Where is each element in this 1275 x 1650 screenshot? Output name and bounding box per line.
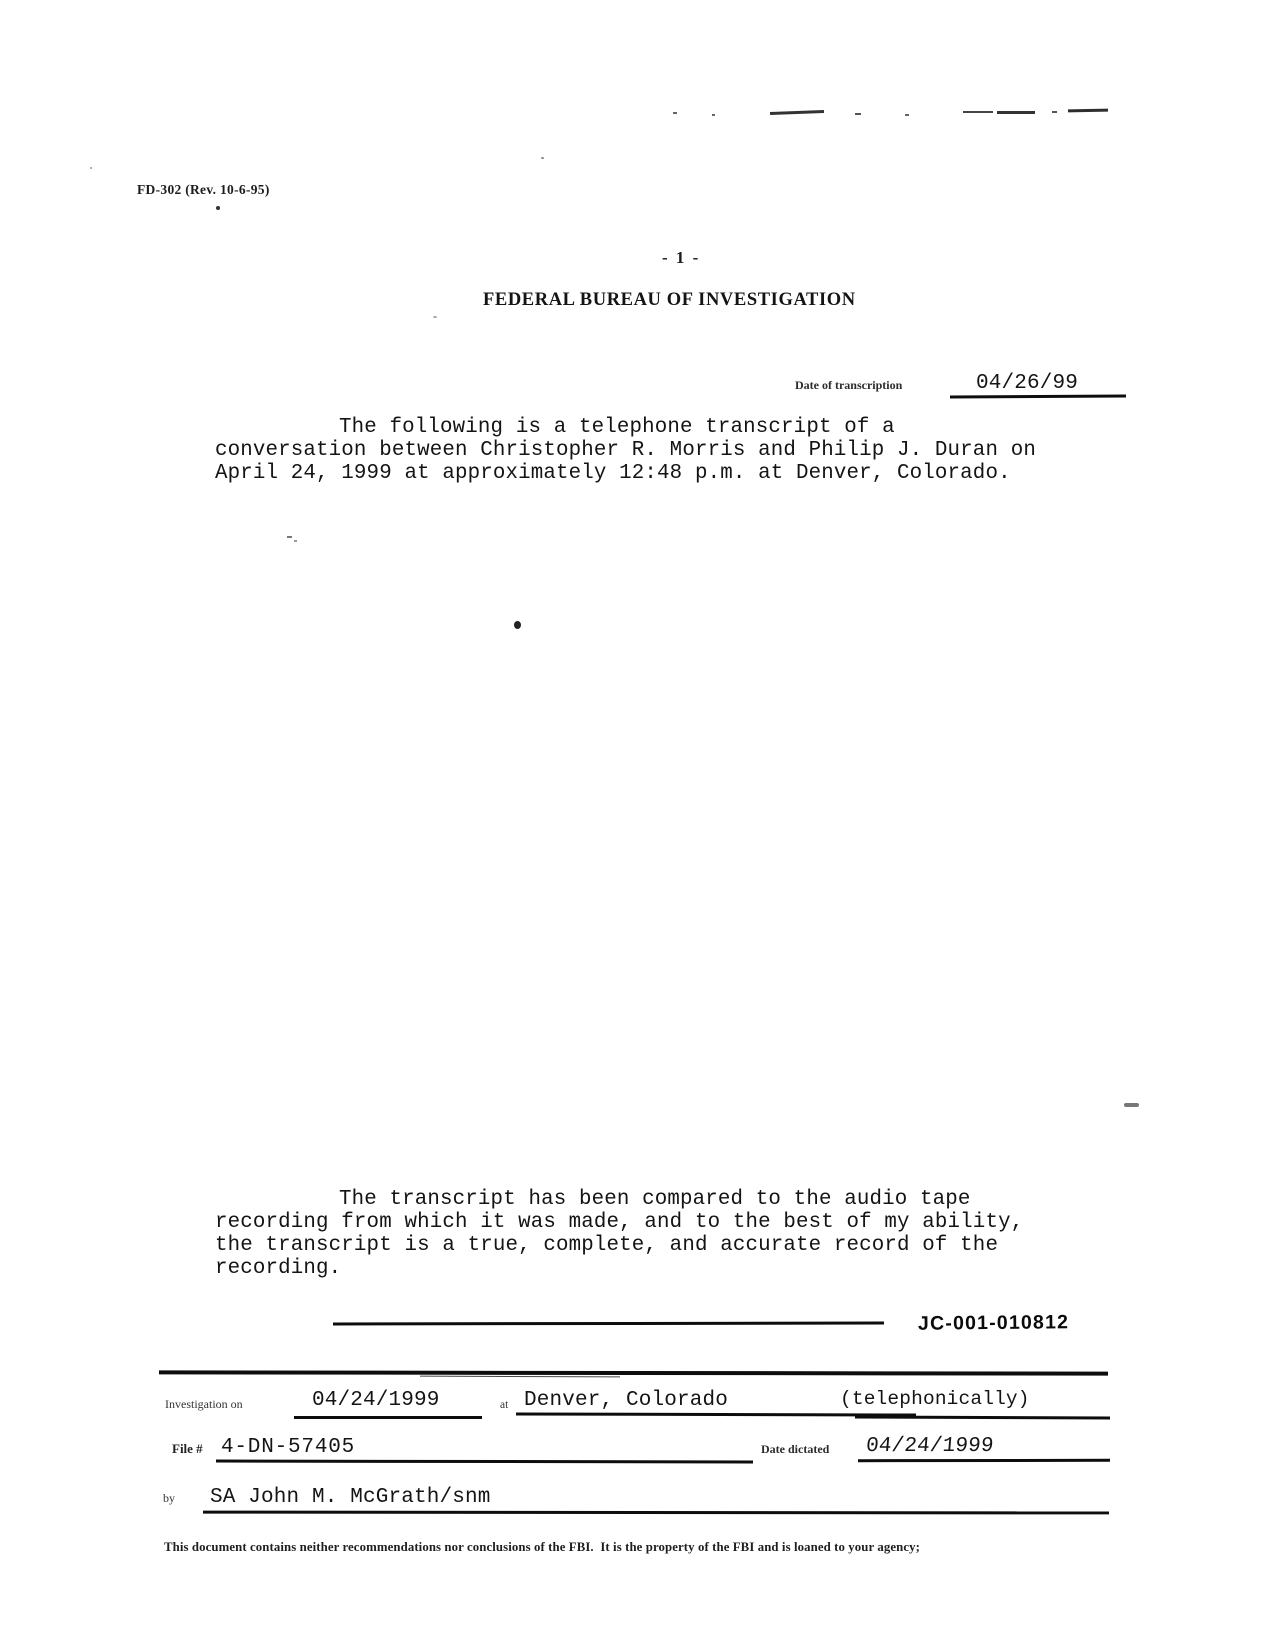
scan-artifact-dash xyxy=(855,113,861,115)
page-number: - 1 - xyxy=(662,248,700,268)
file-number-label: File # xyxy=(172,1441,203,1457)
scan-speck xyxy=(433,316,437,318)
scan-speck xyxy=(1124,1103,1139,1107)
bates-number: JC-001-010812 xyxy=(918,1311,1069,1336)
signature-line xyxy=(333,1322,884,1326)
scan-speck xyxy=(514,621,521,629)
paragraph-line: recording. xyxy=(215,1257,1023,1280)
agent-name-value: SA John M. McGrath/snm xyxy=(210,1486,491,1509)
scan-artifact-dash xyxy=(712,114,715,116)
scan-speck xyxy=(294,540,297,542)
page-title: FEDERAL BUREAU OF INVESTIGATION xyxy=(483,290,856,311)
transcript-intro-paragraph: The following is a telephone transcript … xyxy=(215,416,1036,485)
scanned-document-page: FD-302 (Rev. 10-6-95) - 1 - FEDERAL BURE… xyxy=(0,0,1275,1650)
date-dictated-value: 04/24/1999 xyxy=(865,1435,995,1458)
scan-artifact-dash xyxy=(1052,111,1057,113)
scan-speck xyxy=(541,157,544,159)
paragraph-line: conversation between Christopher R. Morr… xyxy=(215,439,1036,462)
agent-underline xyxy=(203,1511,1109,1515)
file-number-value: 4-DN-57405 xyxy=(221,1436,355,1459)
method-underline xyxy=(855,1416,1110,1419)
date-dictated-label: Date dictated xyxy=(761,1442,829,1457)
scan-artifact-dash xyxy=(997,111,1035,114)
date-of-transcription-label: Date of transcription xyxy=(795,378,902,393)
investigation-location-value: Denver, Colorado xyxy=(524,1389,728,1412)
scan-artifact-dash xyxy=(963,111,993,113)
scan-speck xyxy=(90,167,92,169)
scan-artifact-dash xyxy=(1068,109,1108,113)
scan-artifact-dash xyxy=(770,110,824,114)
date-of-transcription-underline xyxy=(950,395,1126,399)
form-id: FD-302 (Rev. 10-6-95) xyxy=(137,182,270,198)
paragraph-line: recording from which it was made, and to… xyxy=(215,1211,1023,1234)
date-dictated-underline xyxy=(858,1459,1110,1462)
at-label: at xyxy=(500,1399,508,1411)
scan-speck xyxy=(216,206,220,210)
transcript-certification-paragraph: The transcript has been compared to the … xyxy=(215,1188,1023,1280)
date-of-transcription-value: 04/26/99 xyxy=(976,372,1078,395)
footer-divider-rule xyxy=(159,1370,1108,1375)
scan-speck xyxy=(287,536,292,538)
investigation-date-underline xyxy=(294,1416,482,1419)
file-number-underline xyxy=(216,1460,753,1464)
investigation-date-value: 04/24/1999 xyxy=(312,1389,440,1412)
paragraph-line: the transcript is a true, complete, and … xyxy=(215,1234,1023,1257)
paragraph-line: April 24, 1999 at approximately 12:48 p.… xyxy=(215,462,1036,485)
footer-divider-rule-shadow xyxy=(420,1376,620,1378)
scan-artifact-dash xyxy=(673,112,677,114)
scan-artifact-dash xyxy=(905,114,909,116)
disclaimer-text: This document contains neither recommend… xyxy=(164,1540,920,1555)
investigation-on-label: Investigation on xyxy=(165,1397,243,1412)
investigation-method-value: (telephonically) xyxy=(840,1388,1030,1410)
by-label: by xyxy=(163,1491,175,1506)
paragraph-line: The following is a telephone transcript … xyxy=(215,416,1036,439)
paragraph-line: The transcript has been compared to the … xyxy=(215,1188,1023,1211)
